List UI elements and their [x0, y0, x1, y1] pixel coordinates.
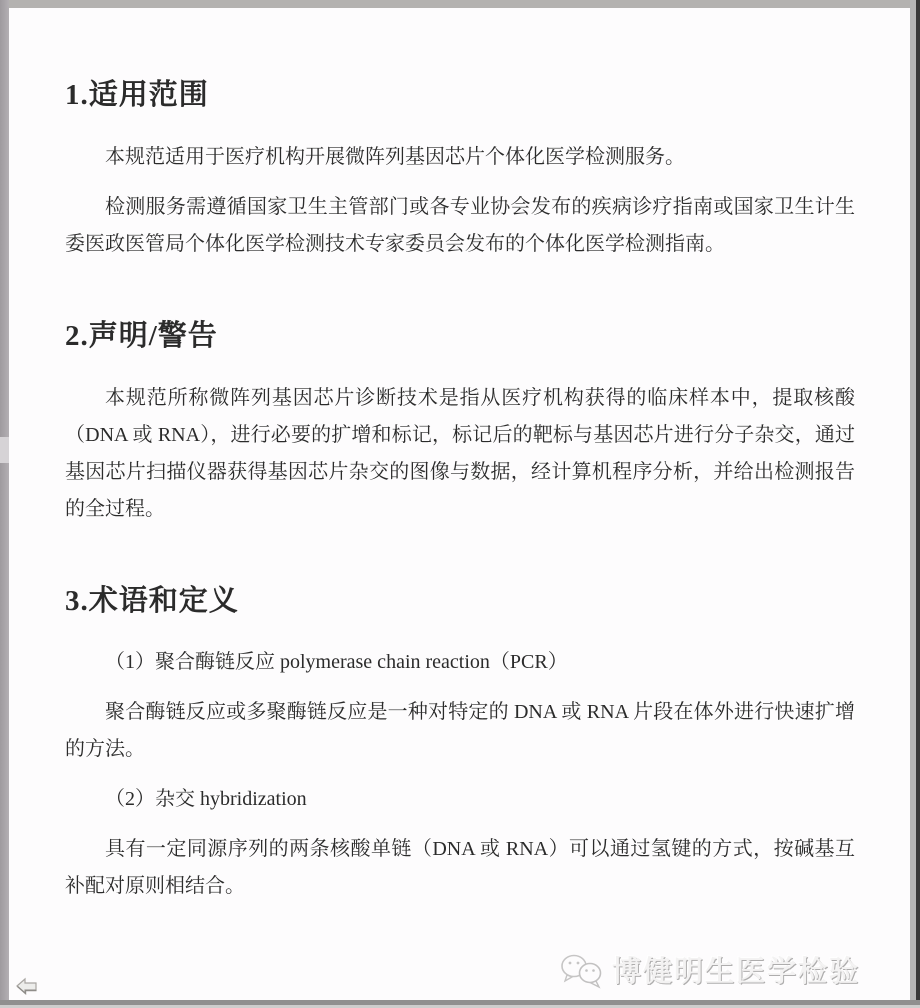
term-item: （2）杂交 hybridization — [65, 781, 855, 818]
paragraph: 本规范适用于医疗机构开展微阵列基因芯片个体化医学检测服务。 — [65, 139, 855, 176]
paragraph: 检测服务需遵循国家卫生主管部门或各专业协会发布的疾病诊疗指南或国家卫生计生委医政… — [65, 189, 855, 263]
watermark-label: 博健明生医学检验 — [612, 949, 860, 990]
section-heading: 1.适用范围 — [65, 78, 855, 113]
paragraph: 本规范所称微阵列基因芯片诊断技术是指从医疗机构获得的临床样本中，提取核酸（DNA… — [65, 380, 855, 528]
paragraph: 具有一定同源序列的两条核酸单链（DNA 或 RNA）可以通过氢键的方式，按碱基互… — [65, 831, 855, 905]
back-arrow-icon — [12, 972, 38, 998]
page-edge-left-notch — [0, 437, 9, 463]
scanned-page: 1.适用范围 本规范适用于医疗机构开展微阵列基因芯片个体化医学检测服务。 检测服… — [0, 0, 920, 1008]
term-item: （1）聚合酶链反应 polymerase chain reaction（PCR） — [65, 644, 855, 681]
section-terms-definitions: 3.术语和定义 （1）聚合酶链反应 polymerase chain react… — [65, 584, 855, 906]
page-edge-top — [0, 0, 920, 8]
section-heading: 2.声明/警告 — [65, 319, 855, 354]
section-scope: 1.适用范围 本规范适用于医疗机构开展微阵列基因芯片个体化医学检测服务。 检测服… — [65, 78, 855, 263]
page-edge-right-dark — [916, 0, 920, 1008]
document-body: 1.适用范围 本规范适用于医疗机构开展微阵列基因芯片个体化医学检测服务。 检测服… — [9, 8, 910, 1000]
paragraph: 聚合酶链反应或多聚酶链反应是一种对特定的 DNA 或 RNA 片段在体外进行快速… — [65, 694, 855, 768]
watermark: 博健明生医学检验 — [560, 949, 860, 990]
section-heading: 3.术语和定义 — [65, 584, 855, 619]
wechat-icon — [560, 950, 604, 990]
page-edge-left — [0, 0, 9, 1008]
section-statement-warning: 2.声明/警告 本规范所称微阵列基因芯片诊断技术是指从医疗机构获得的临床样本中，… — [65, 319, 855, 528]
